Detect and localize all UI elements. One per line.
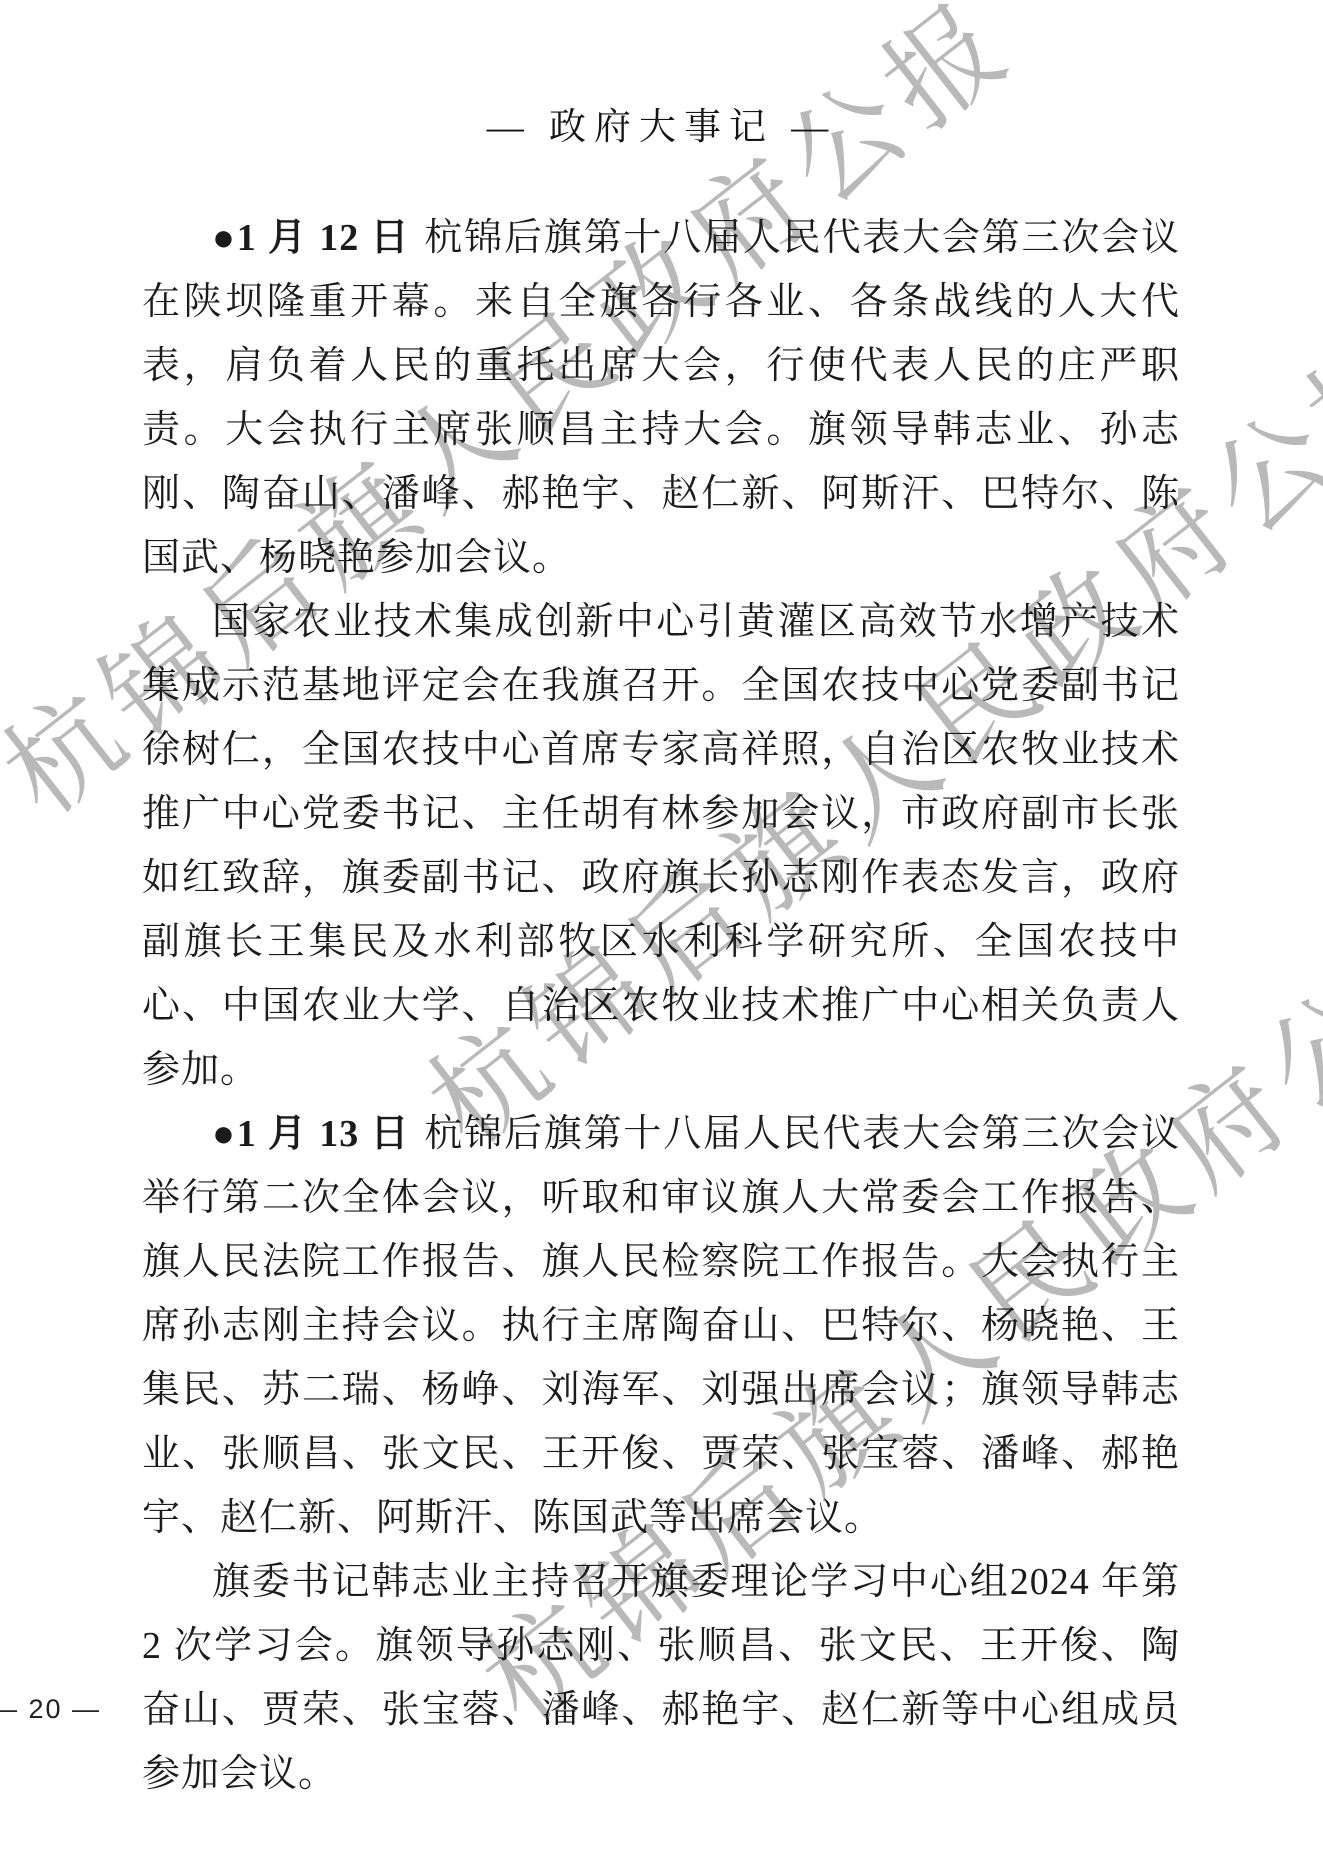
- paragraph-text: 杭锦后旗第十八届人民代表大会第三次会议举行第二次全体会议，听取和审议旗人大常委会…: [142, 1113, 1180, 1539]
- page-number: — 20 —: [0, 1694, 101, 1725]
- paragraph-text: 旗委书记韩志业主持召开旗委理论学习中心组2024 年第 2 次学习会。旗领导孙志…: [142, 1561, 1180, 1795]
- paragraph-text: 国家农业技术集成创新中心引黄灌区高效节水增产技术集成示范基地评定会在我旗召开。全…: [142, 601, 1180, 1091]
- paragraph-study-session: 旗委书记韩志业主持召开旗委理论学习中心组2024 年第 2 次学习会。旗领导孙志…: [142, 1550, 1180, 1806]
- document-page: 杭锦后旗人民政府公报 杭锦后旗人民政府公报 杭锦后旗人民政府公报 — 政府大事记…: [0, 0, 1323, 1871]
- document-body: ●1 月 12 日杭锦后旗第十八届人民代表大会第三次会议在陕坝隆重开幕。来自全旗…: [142, 206, 1180, 1806]
- paragraph-jan13-congress: ●1 月 13 日杭锦后旗第十八届人民代表大会第三次会议举行第二次全体会议，听取…: [142, 1102, 1180, 1550]
- paragraph-date-lead: ●1 月 13 日: [212, 1113, 410, 1155]
- paragraph-text: 杭锦后旗第十八届人民代表大会第三次会议在陕坝隆重开幕。来自全旗各行各业、各条战线…: [142, 217, 1180, 579]
- paragraph-agritech-meeting: 国家农业技术集成创新中心引黄灌区高效节水增产技术集成示范基地评定会在我旗召开。全…: [142, 590, 1180, 1102]
- paragraph-jan12-congress: ●1 月 12 日杭锦后旗第十八届人民代表大会第三次会议在陕坝隆重开幕。来自全旗…: [142, 206, 1180, 590]
- page-title: — 政府大事记 —: [0, 96, 1323, 150]
- paragraph-date-lead: ●1 月 12 日: [212, 217, 410, 259]
